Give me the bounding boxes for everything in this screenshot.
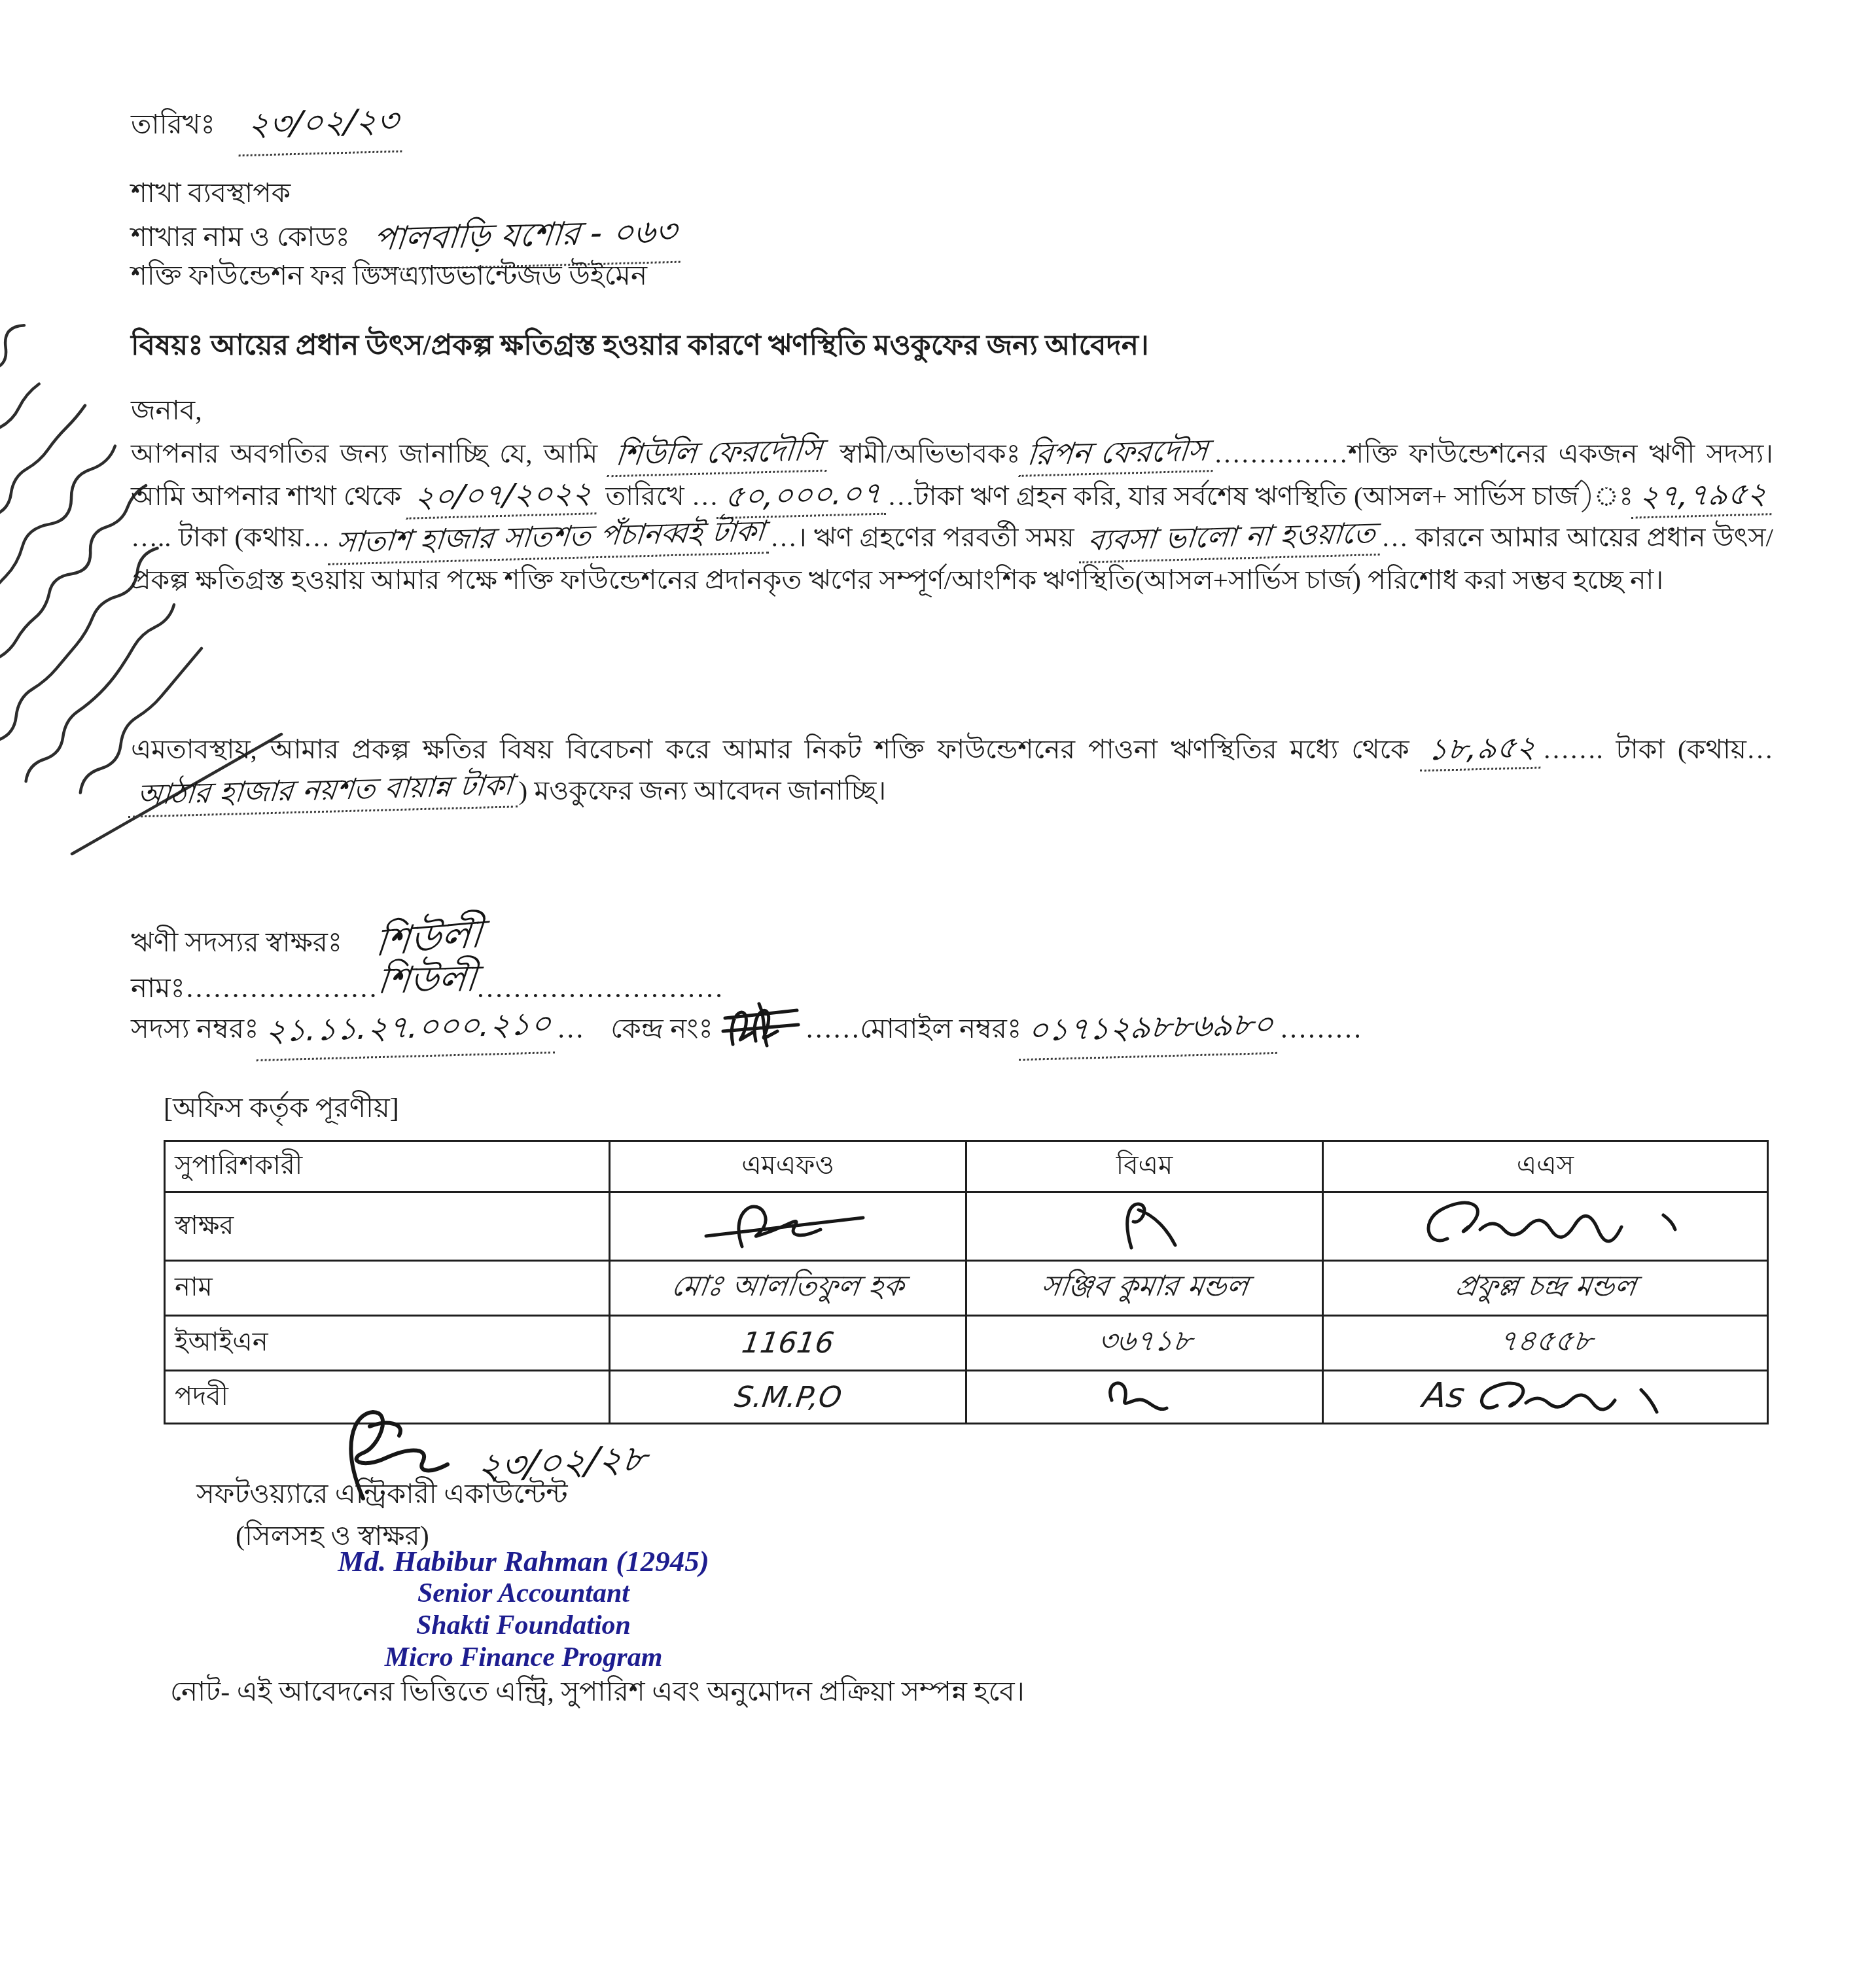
header-bm: বিএম	[966, 1141, 1323, 1192]
office-section-title: [অফিস কর্তৃক পূরণীয়]	[164, 1086, 399, 1133]
bm-name-handwritten: সঞ্জিব কুমার মন্ডল	[1038, 1264, 1251, 1312]
date-label: তারিখঃ	[131, 110, 215, 140]
center-number-label: কেন্দ্র নংঃ	[611, 1014, 713, 1044]
mfo-signature-scribble	[703, 1195, 873, 1250]
p1-text-1: আপনার অবগতির জন্য জানাচ্ছি যে, আমি	[131, 438, 609, 469]
as-name-handwritten: প্রফুল্ল চন্দ্র মন্ডল	[1451, 1264, 1638, 1312]
member-number-dots: …	[557, 1014, 584, 1044]
paragraph-1: আপনার অবগতির জন্য জানাচ্ছি যে, আমি শিউলি…	[131, 432, 1773, 600]
reason-handwritten: ব্যবসা ভালো না হওয়াতে	[1079, 513, 1384, 563]
loan-waiver-application-page: তারিখঃ ২৩/০২/২৩ শাখা ব্যবস্থাপক শাখার না…	[0, 0, 1876, 1963]
waiver-amount-handwritten: ১৮,৯৫২	[1420, 726, 1545, 772]
p1-text-4: তারিখে …	[598, 481, 718, 511]
mfo-name-handwritten: মোঃ আলতিফুল হক	[668, 1264, 907, 1312]
member-number-line: সদস্য নম্বরঃ২১.১১.২৭.০০০.২১০… কেন্দ্র নং…	[131, 999, 1362, 1057]
header-mfo: এমএফও	[610, 1141, 966, 1192]
waiver-words-handwritten: আঠার হাজার নয়শত বায়ান্ন টাকা	[128, 765, 521, 817]
mobile-number-handwritten: ০১৭১২৯৮৮৬৯৮০	[1019, 1000, 1283, 1061]
table-header-row: সুপারিশকারী এমএফও বিএম এএস	[165, 1141, 1768, 1192]
center-dots: ……	[805, 1014, 860, 1044]
mobile-label: মোবাইল নম্বরঃ	[860, 1014, 1021, 1044]
stamp-name: Md. Habibur Rahman (12945)	[222, 1546, 824, 1578]
table-name-row: নাম মোঃ আলতিফুল হক সঞ্জিব কুমার মন্ডল প্…	[165, 1261, 1768, 1316]
date-handwritten-value: ২৩/০২/২৩	[239, 96, 408, 156]
p1-text-7: …। ঋণ গ্রহণের পরবর্তী সময়	[770, 522, 1082, 552]
member-name-handwritten: শিউলি ফেরদৌসি	[607, 429, 830, 478]
as-ein-handwritten: ৭৪৫৫৮	[1495, 1319, 1595, 1367]
p2-text-3: ) মওকুফের জন্য আবেদন জানাচ্ছি।	[519, 775, 887, 805]
center-number-scribble	[720, 999, 805, 1051]
row-label-name: নাম	[165, 1261, 610, 1316]
mfo-designation-handwritten: S.M.P,O	[732, 1381, 843, 1414]
stamp-org: Shakti Foundation	[222, 1610, 824, 1642]
entry-accountant-label: সফটওয়্যারে এন্ট্রিকারী একাউন্টেন্ট	[196, 1472, 567, 1519]
accountant-stamp: Md. Habibur Rahman (12945) Senior Accoun…	[222, 1546, 824, 1674]
p1-text-6: ….. টাকা (কথায়…	[131, 522, 330, 552]
outstanding-amount-handwritten: ২৭,৭৯৫২	[1631, 472, 1776, 519]
row-label-ein: ইআইএন	[165, 1316, 610, 1371]
organization-line: শক্তি ফাউন্ডেশন ফর ডিসএ্যাডভান্টেজড উইমে…	[131, 254, 647, 300]
stamp-program: Micro Finance Program	[222, 1642, 824, 1674]
branch-label: শাখার নাম ও কোডঃ	[131, 222, 350, 253]
loan-date-handwritten: ২০/০৭/২০২২	[406, 472, 601, 520]
as-designation-scribble	[1471, 1377, 1667, 1419]
bm-signature-scribble	[1095, 1195, 1194, 1250]
table-ein-row: ইআইএন 11616 ৩৬৭১৮ ৭৪৫৫৮	[165, 1316, 1768, 1371]
guardian-name-handwritten: রিপন ফেরদৌস	[1018, 429, 1216, 477]
paragraph-2: এমতাবস্থায়, আমার প্রকল্প ক্ষতির বিষয় ব…	[131, 728, 1773, 813]
p1-text-2: স্বামী/অভিভাবকঃ	[828, 438, 1021, 469]
member-number-label: সদস্য নম্বরঃ	[131, 1014, 259, 1044]
mfo-ein-handwritten: 11616	[739, 1326, 836, 1360]
bm-ein-handwritten: ৩৬৭১৮	[1094, 1319, 1194, 1367]
member-signature-label: ঋণী সদস্যর স্বাক্ষরঃ	[131, 928, 342, 958]
table-signature-row: স্বাক্ষর	[165, 1192, 1768, 1261]
member-number-handwritten: ২১.১১.২৭.০০০.২১০	[256, 1000, 560, 1061]
date-line: তারিখঃ ২৩/০২/২৩	[131, 98, 404, 154]
p2-text-1: এমতাবস্থায়, আমার প্রকল্প ক্ষতির বিষয় ব…	[131, 734, 1422, 764]
note-line: নোট- এই আবেদনের ভিত্তিতে এন্ট্রি, সুপারি…	[170, 1670, 1025, 1716]
subject-line: বিষয়ঃ আয়ের প্রধান উৎস/প্রকল্প ক্ষতিগ্র…	[131, 323, 1149, 371]
header-recommender: সুপারিশকারী	[165, 1141, 610, 1192]
p1-text-5: …টাকা ঋণ গ্রহন করি, যার সর্বশেষ ঋণস্থিতি…	[887, 481, 1633, 511]
as-signature-scribble	[1408, 1195, 1683, 1250]
bm-designation-scribble	[1092, 1374, 1197, 1413]
outstanding-words-handwritten: সাতাশ হাজার সাতশত পঁচানব্বই টাকা	[327, 511, 773, 565]
p2-text-2: ……. টাকা (কথায়…	[1542, 734, 1773, 764]
as-designation-handwritten: As	[1421, 1376, 1467, 1415]
stamp-title: Senior Accountant	[222, 1578, 824, 1610]
salutation: জনাব,	[131, 389, 202, 435]
office-approval-table: সুপারিশকারী এমএফও বিএম এএস স্বাক্ষর	[164, 1140, 1769, 1424]
mobile-dots: ………	[1279, 1014, 1362, 1044]
header-as: এএস	[1323, 1141, 1768, 1192]
row-label-signature: স্বাক্ষর	[165, 1192, 610, 1261]
